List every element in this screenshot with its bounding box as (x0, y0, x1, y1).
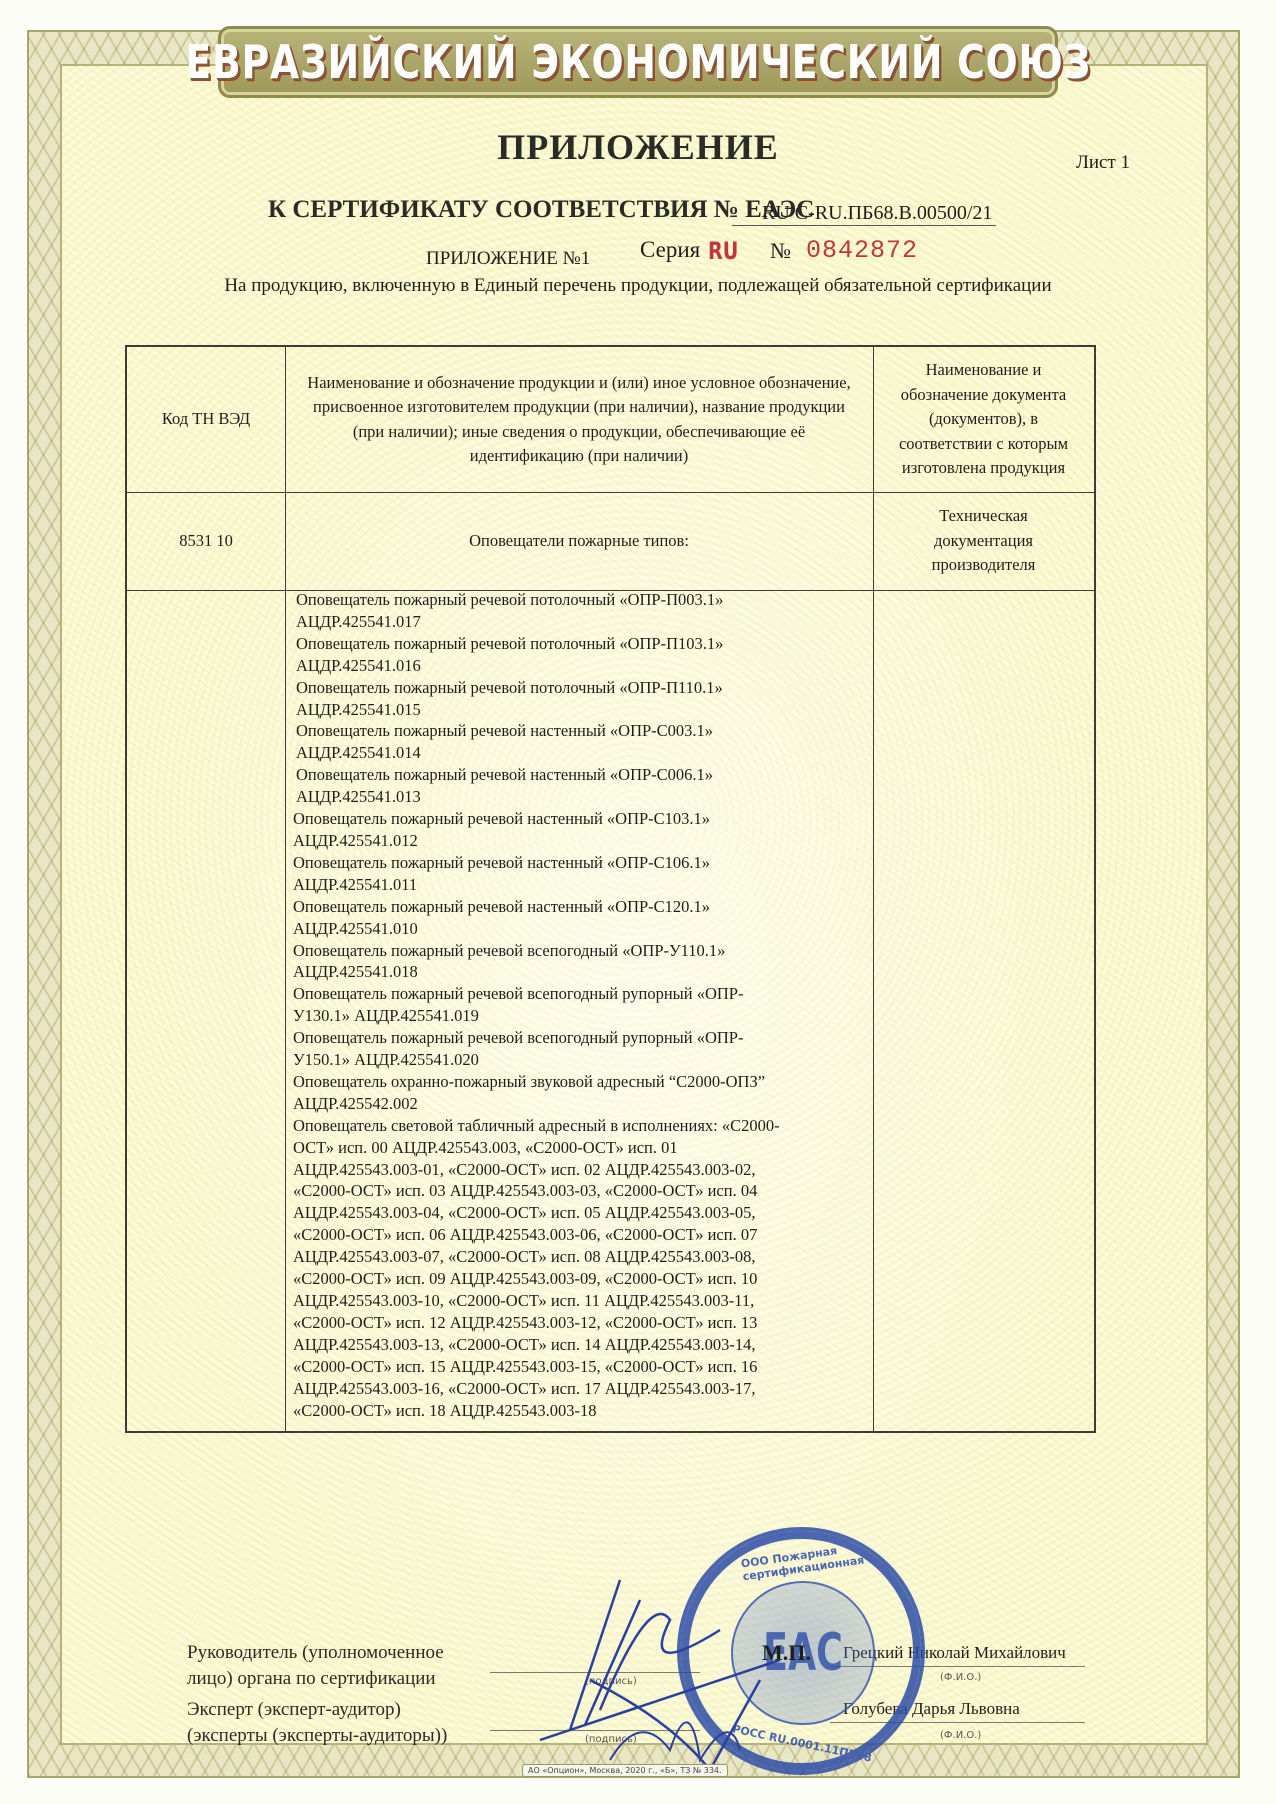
product-code: АЦДР.425541.011 (293, 874, 866, 896)
certificate-line: К СЕРТИФИКАТУ СООТВЕТСТВИЯ № ЕАЭС (268, 196, 814, 224)
product-name: Оповещатель пожарный речевой настенный «… (296, 765, 713, 784)
product-name: Оповещатель пожарный речевой настенный «… (293, 897, 710, 916)
head-label-line: лицо) органа по сертификации (187, 1666, 444, 1692)
product-entry: Оповещатель пожарный речевой настенный «… (293, 764, 866, 808)
product-list: Оповещатель пожарный речевой потолочный … (287, 589, 872, 1421)
product-entry: Оповещатель охранно-пожарный звуковой ад… (293, 1071, 866, 1115)
standard-document: Техническая документация производителя (873, 492, 1094, 590)
products-table: Код ТН ВЭД Наименование и обозначение пр… (125, 345, 1096, 1433)
product-name: Оповещатель пожарный речевой настенный «… (296, 721, 713, 740)
product-name: Оповещатель пожарный речевой настенный «… (293, 809, 710, 828)
product-code: АЦДР.425541.010 (293, 918, 866, 940)
series-label: Серия (640, 237, 700, 263)
product-entry: Оповещатель пожарный речевой настенный «… (293, 852, 866, 896)
ost-variant-line: АЦДР.425543.003-10, «С2000-ОСТ» исп. 11 … (293, 1290, 866, 1312)
head-label-line: Руководитель (уполномоченное (187, 1640, 444, 1666)
product-code: АЦДР.425541.017 (296, 611, 866, 633)
signature-scribble-icon (530, 1560, 790, 1790)
product-entry: Оповещатель пожарный речевой всепогодный… (293, 940, 866, 984)
product-entry: Оповещатель пожарный речевой настенный «… (293, 896, 866, 940)
ost-variant-line: АЦДР.425543.003-16, «С2000-ОСТ» исп. 17 … (293, 1378, 866, 1400)
form-number-label: № (770, 238, 791, 264)
product-name: Оповещатель пожарный речевой всепогодный… (293, 1028, 743, 1047)
product-entry: Оповещатель пожарный речевой потолочный … (293, 677, 866, 721)
ost-variant-line: Оповещатель световой табличный адресный … (293, 1115, 866, 1137)
ost-variant-line: АЦДР.425543.003-04, «С2000-ОСТ» исп. 05 … (293, 1202, 866, 1224)
product-name: Оповещатель пожарный речевой всепогодный… (293, 941, 725, 960)
subtitle: На продукцию, включенную в Единый перече… (0, 275, 1276, 297)
ost-variant-line: «С2000-ОСТ» исп. 06 АЦДР.425543.003-06, … (293, 1224, 866, 1246)
product-code: АЦДР.425542.002 (293, 1093, 866, 1115)
product-name: Оповещатель пожарный речевой потолочный … (296, 634, 723, 653)
expert-label-line: Эксперт (эксперт-аудитор) (187, 1697, 447, 1723)
product-name: Оповещатель пожарный речевой настенный «… (293, 853, 710, 872)
printer-info: АО «Опцион», Москва, 2020 г., «Б», ТЗ № … (522, 1764, 728, 1777)
product-name: Оповещатель пожарный речевой всепогодный… (293, 984, 743, 1003)
product-code: АЦДР.425541.018 (293, 961, 866, 983)
product-code: АЦДР.425541.014 (296, 742, 866, 764)
product-code: АЦДР.425541.012 (293, 830, 866, 852)
product-entry: Оповещатель пожарный речевой настенный «… (293, 808, 866, 852)
product-entry: Оповещатель пожарный речевой всепогодный… (293, 983, 866, 1027)
ost-variant-line: «С2000-ОСТ» исп. 09 АЦДР.425543.003-09, … (293, 1268, 866, 1290)
head-label: Руководитель (уполномоченное лицо) орган… (187, 1640, 444, 1692)
product-code: АЦДР.425541.013 (296, 786, 866, 808)
expert-label: Эксперт (эксперт-аудитор) (эксперты (экс… (187, 1697, 447, 1749)
appendix-number: ПРИЛОЖЕНИЕ №1 (426, 248, 590, 270)
ost-variant-line: «С2000-ОСТ» исп. 03 АЦДР.425543.003-03, … (293, 1180, 866, 1202)
sheet-number: Лист 1 (1076, 152, 1130, 174)
product-entry: Оповещатель пожарный речевой потолочный … (293, 589, 866, 633)
product-entry: Оповещатель пожарный речевой настенный «… (293, 720, 866, 764)
product-name: Оповещатель пожарный речевой потолочный … (296, 678, 723, 697)
ost-variant-line: АЦДР.425543.003-07, «С2000-ОСТ» исп. 08 … (293, 1246, 866, 1268)
product-entry: Оповещатель пожарный речевой потолочный … (293, 633, 866, 677)
certificate-underline (732, 225, 762, 226)
ost-variant-line: «С2000-ОСТ» исп. 12 АЦДР.425543.003-12, … (293, 1312, 866, 1334)
union-title: ЕВРАЗИЙСКИЙ ЭКОНОМИЧЕСКИЙ СОЮЗ (185, 35, 1091, 89)
product-name: Оповещатель пожарный речевой потолочный … (296, 590, 723, 609)
union-banner: ЕВРАЗИЙСКИЙ ЭКОНОМИЧЕСКИЙ СОЮЗ (218, 26, 1058, 98)
ost-variant-line: АЦДР.425543.003-13, «С2000-ОСТ» исп. 14 … (293, 1334, 866, 1356)
ost-variant-line: АЦДР.425543.003-01, «С2000-ОСТ» исп. 02 … (293, 1159, 866, 1181)
header-product: Наименование и обозначение продукции и (… (285, 347, 873, 492)
ost-variant-line: «С2000-ОСТ» исп. 15 АЦДР.425543.003-15, … (293, 1356, 866, 1378)
ost-variant-line: ОСТ» исп. 00 АЦДР.425543.003, «С2000-ОСТ… (293, 1137, 866, 1159)
form-number-value: 0842872 (806, 236, 918, 265)
header-code: Код ТН ВЭД (127, 347, 285, 492)
product-group: Оповещатели пожарные типов: (285, 492, 873, 590)
product-code: АЦДР.425541.015 (296, 699, 866, 721)
product-entry: Оповещатель пожарный речевой всепогодный… (293, 1027, 866, 1071)
product-code: У150.1» АЦДР.425541.020 (293, 1049, 866, 1071)
fio-caption: (Ф.И.О.) (940, 1730, 981, 1741)
product-code: У130.1» АЦДР.425541.019 (293, 1005, 866, 1027)
hs-code: 8531 10 (127, 492, 285, 590)
product-name: Оповещатель охранно-пожарный звуковой ад… (293, 1072, 765, 1091)
ost-variant-line: «С2000-ОСТ» исп. 18 АЦДР.425543.003-18 (293, 1400, 866, 1422)
certificate-number: RU C-RU.ПБ68.В.00500/21 (762, 202, 996, 226)
series-value: RU (708, 237, 738, 265)
header-document: Наименование и обозначение документа (до… (873, 347, 1094, 492)
product-code: АЦДР.425541.016 (296, 655, 866, 677)
expert-label-line: (эксперты (эксперты-аудиторы)) (187, 1723, 447, 1749)
fio-caption: (Ф.И.О.) (940, 1672, 981, 1683)
